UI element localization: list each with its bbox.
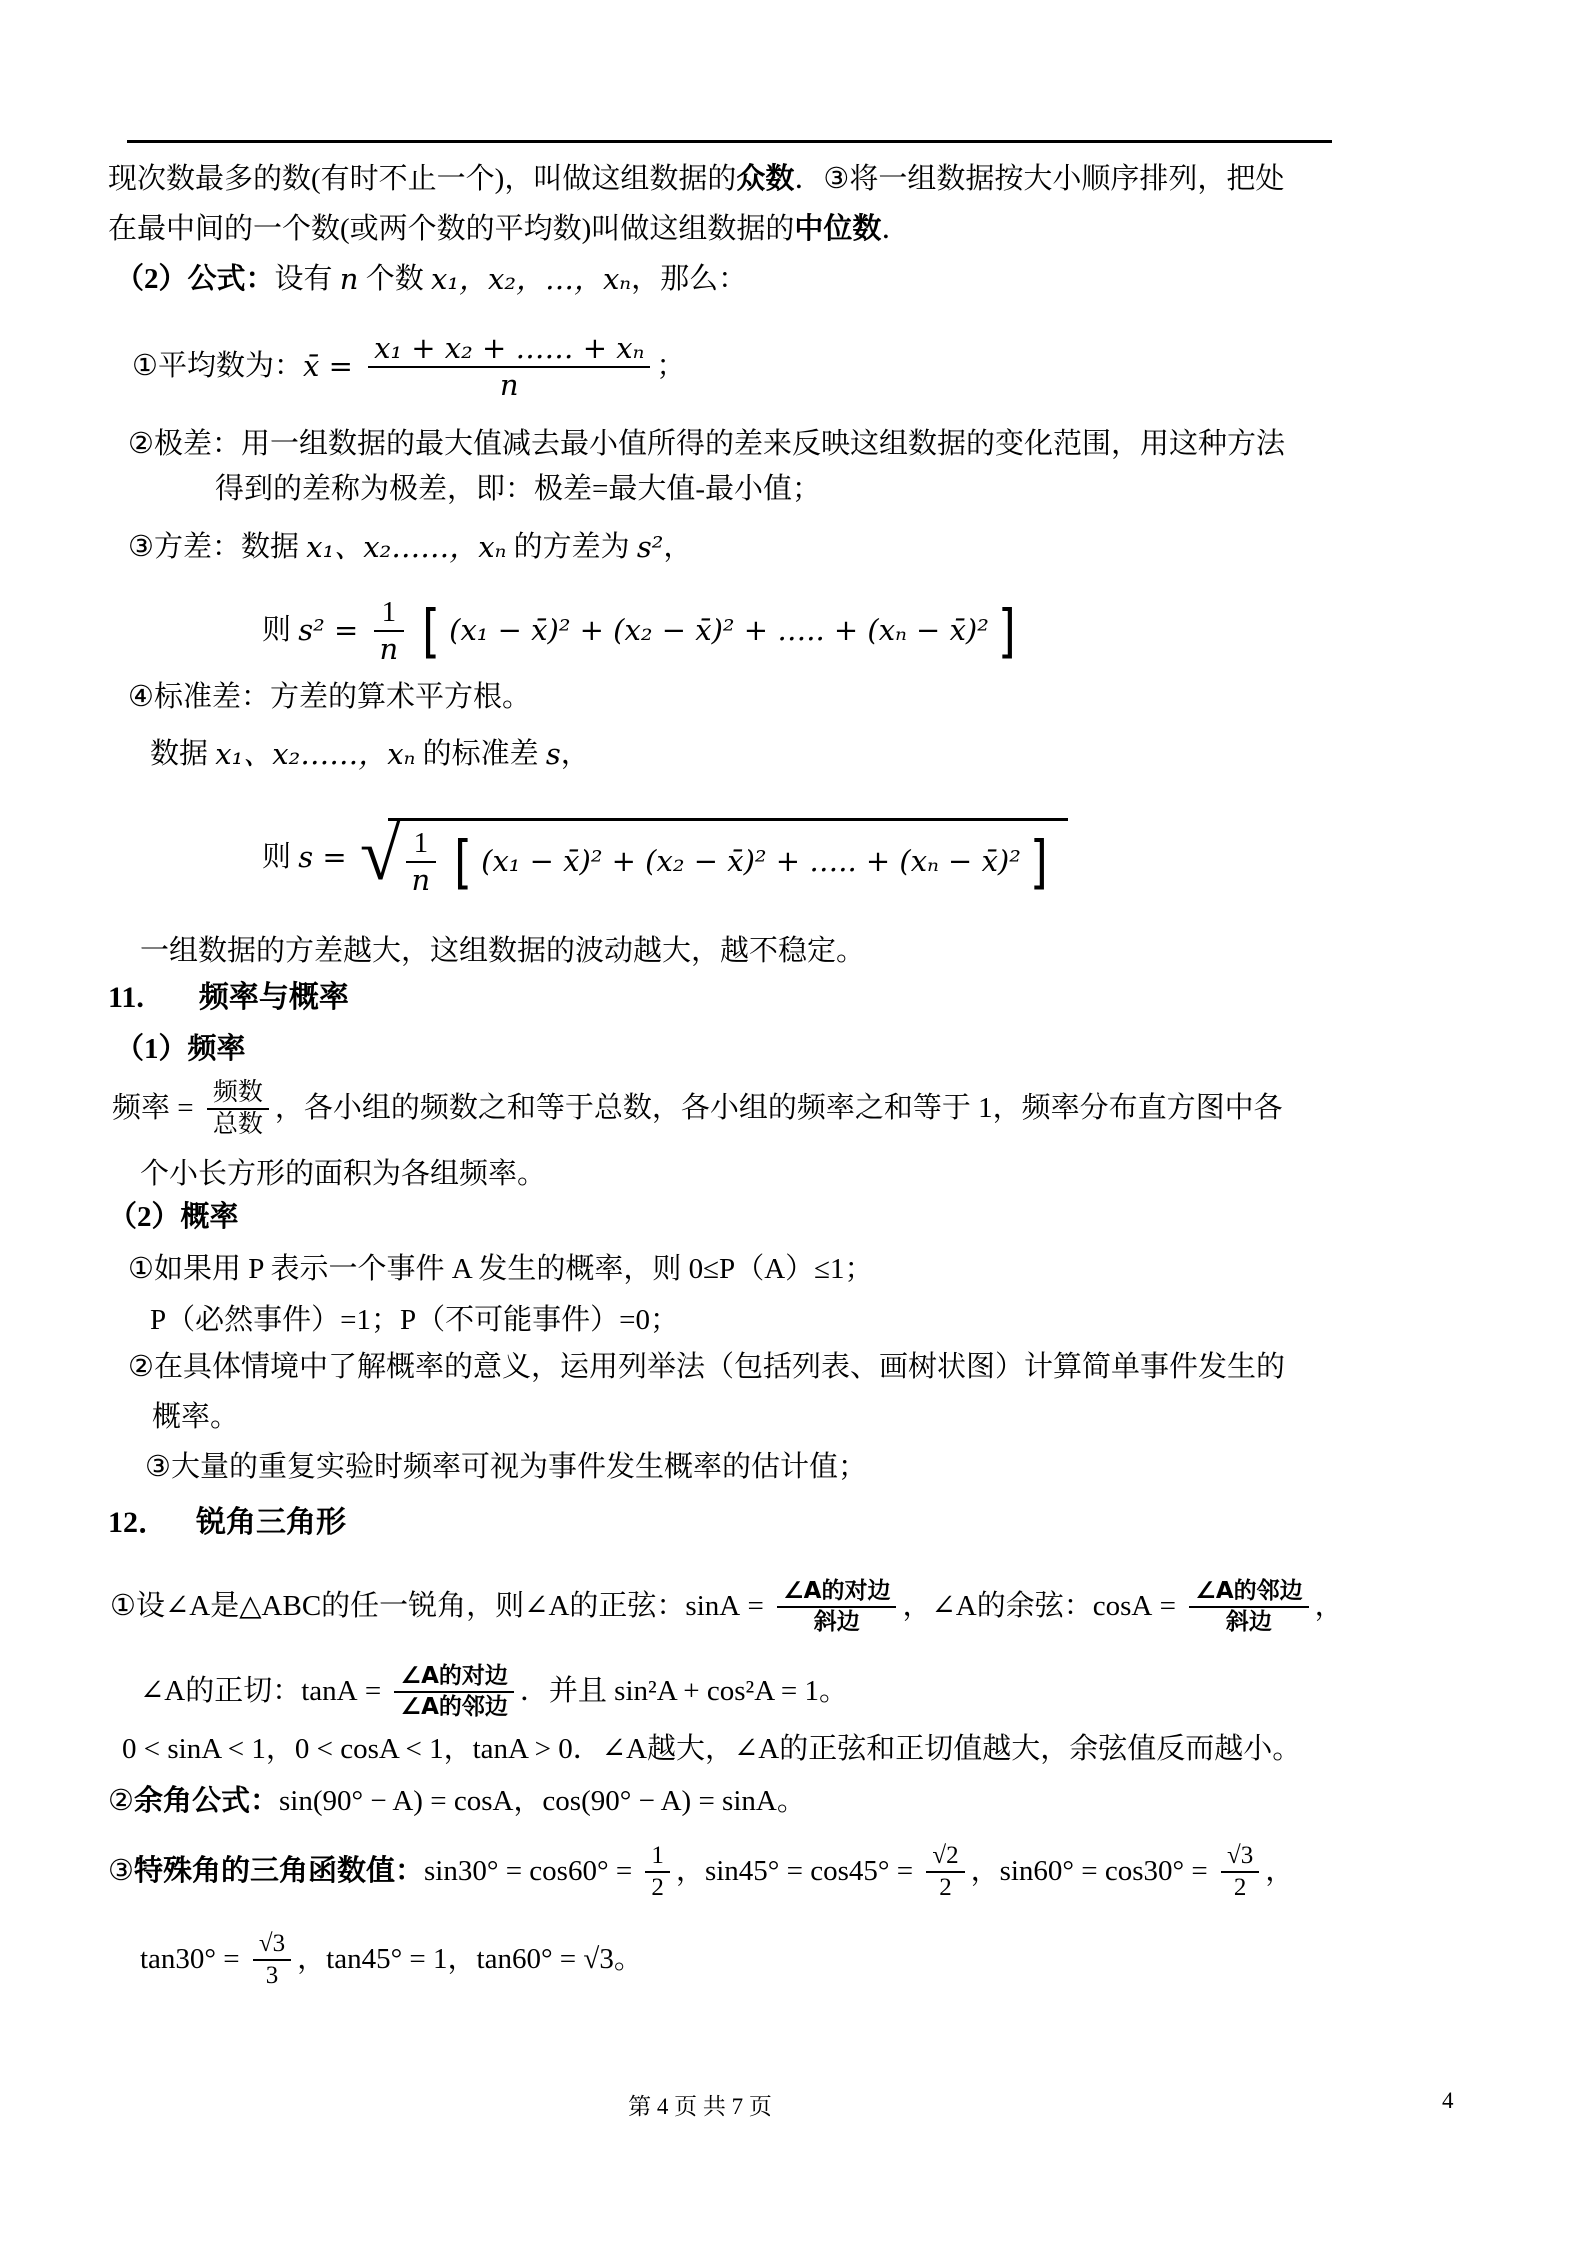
cofunction-line: ②余角公式：sin(90° − A) = cosA，cos(90° − A) =… xyxy=(108,1782,806,1821)
body-text: ，各小组的频数之和等于总数，各小组的频率之和等于 1，频率分布直方图中各 xyxy=(275,1089,1283,1128)
body-text: ， xyxy=(663,528,692,567)
header-rule xyxy=(127,140,1332,143)
body-text: tan30° = xyxy=(140,1940,247,1979)
body-text: 现次数最多的数(有时不止一个)，叫做这组数据的 xyxy=(108,160,736,199)
body-text: tan45° = 1， xyxy=(326,1940,476,1979)
probability-line-1: ①如果用 P 表示一个事件 A 发生的概率，则 0≤P（A）≤1； xyxy=(128,1250,874,1289)
document-page: 现次数最多的数(有时不止一个)，叫做这组数据的众数．③将一组数据按大小顺序排列，… xyxy=(0,0,1587,2245)
body-text: 则 xyxy=(262,611,298,650)
body-text: 设有 xyxy=(275,260,340,299)
body-text: 0 < sinA < 1，0 < cosA < 1，tanA > 0．∠A越大，… xyxy=(122,1730,1301,1769)
stddev-terms: (x₁ − x̄)² + (x₂ − x̄)² + ….. + (xₙ − x̄… xyxy=(481,842,1021,881)
stddev-data-line: 数据 x₁、x₂……，xₙ 的标准差 s， xyxy=(150,735,590,774)
variance-terms: (x₁ − x̄)² + (x₂ − x̄)² + ….. + (xₙ − x̄… xyxy=(449,611,989,650)
frequency-subheading: （1）频率 xyxy=(115,1030,246,1069)
mode-definition-line: 现次数最多的数(有时不止一个)，叫做这组数据的众数．③将一组数据按大小顺序排列，… xyxy=(108,160,1284,199)
section-number: 12． xyxy=(108,1503,168,1544)
var-x-sequence: x₁、x₂……，xₙ xyxy=(306,528,506,567)
subheading-formula: （2）公式： xyxy=(115,260,275,299)
fraction-numerator: √3 xyxy=(1221,1841,1259,1871)
square-root: √ 1 n [ (x₁ − x̄)² + (x₂ − x̄)² + ….. + … xyxy=(360,818,1068,898)
fraction-denominator: 斜边 xyxy=(1189,1606,1308,1637)
body-text: 频率 = xyxy=(112,1089,201,1128)
mean-denominator: n xyxy=(368,366,650,403)
body-text: sin(90° − A) = cosA，cos(90° − A) = sinA。 xyxy=(279,1782,806,1821)
variance-conclusion-line: 一组数据的方差越大，这组数据的波动越大，越不稳定。 xyxy=(140,932,865,971)
section-number: 11. xyxy=(108,978,144,1019)
fraction-numerator: ∠A的对边 xyxy=(777,1577,896,1606)
mean-label: ①平均数为： xyxy=(132,347,303,386)
root-3-value: √3 xyxy=(583,1940,613,1979)
cosine-fraction: ∠A的邻边 斜边 xyxy=(1189,1577,1308,1637)
probability-line-2b: 概率。 xyxy=(152,1398,239,1437)
fraction-numerator: √2 xyxy=(926,1841,964,1871)
body-text: sin30° = cos60° = xyxy=(424,1852,639,1891)
body-text: ②极差：用一组数据的最大值减去最小值所得的差来反映这组数据的变化范围，用这种方法 xyxy=(128,425,1285,464)
root3-over-2-fraction: √3 2 xyxy=(1221,1841,1259,1903)
body-text: 概率。 xyxy=(152,1398,239,1437)
tangent-lhs: tanA = xyxy=(301,1672,388,1711)
fraction-denominator: 总数 xyxy=(207,1108,269,1140)
half-fraction: 1 2 xyxy=(645,1841,670,1903)
footer-page-indicator: 第 4 页 共 7 页 xyxy=(0,2088,1400,2121)
body-text: 的标准差 xyxy=(415,735,546,774)
page-number: 4 xyxy=(1442,2088,1454,2114)
body-text: ④标准差：方差的算术平方根。 xyxy=(128,678,531,717)
cosine-lhs: cosA = xyxy=(1093,1587,1183,1626)
var-x-sequence: x₁，x₂，…，xₙ xyxy=(431,260,631,299)
range-line-2: 得到的差称为极差，即：极差=最大值-最小值； xyxy=(215,470,821,509)
mean-formula-line: ①平均数为： x̄ = x₁ + x₂ + …… + xₙ n ； xyxy=(132,322,685,412)
body-text: 数据 xyxy=(150,735,215,774)
formula-intro-line: （2）公式：设有 n 个数 x₁，x₂，…，xₙ，那么： xyxy=(115,260,747,299)
body-text: ； xyxy=(656,347,685,386)
fraction-denominator: 3 xyxy=(253,1959,291,1991)
section-11-heading: 11. 频率与概率 xyxy=(108,978,349,1019)
stddev-formula-line: 则 s = √ 1 n [ (x₁ − x̄)² + (x₂ − x̄)² + … xyxy=(262,805,1068,910)
term-median: 中位数 xyxy=(794,210,881,249)
term-mode: 众数 xyxy=(736,160,794,199)
probability-line-2a: ②在具体情境中了解概率的意义，运用列举法（包括列表、画树状图）计算简单事件发生的 xyxy=(128,1348,1285,1387)
probability-subheading: （2）概率 xyxy=(108,1198,239,1237)
body-text: ③方差：数据 xyxy=(128,528,306,567)
body-text: ，∠A的余弦： xyxy=(902,1587,1092,1626)
fraction-numerator: ∠A的对边 xyxy=(394,1662,513,1691)
trig-monotonicity-line: 0 < sinA < 1，0 < cosA < 1，tanA > 0．∠A越大，… xyxy=(122,1730,1301,1769)
mean-fraction: x₁ + x₂ + …… + xₙ n xyxy=(368,331,650,403)
var-n: n xyxy=(340,260,359,299)
section-12-heading: 12． 锐角三角形 xyxy=(108,1503,346,1544)
variance-lhs: s² = xyxy=(298,611,367,650)
body-text: ∠A的正切： xyxy=(140,1672,301,1711)
mean-lhs: x̄ = xyxy=(303,347,362,386)
probability-line-1b: P（必然事件）=1；P（不可能事件）=0； xyxy=(150,1301,679,1340)
sine-fraction: ∠A的对边 斜边 xyxy=(777,1577,896,1637)
fraction-numerator: 1 xyxy=(374,595,405,630)
frequency-fraction: 频数 总数 xyxy=(207,1078,269,1140)
fraction-denominator: 2 xyxy=(926,1871,964,1903)
median-definition-line: 在最中间的一个数(或两个数的平均数)叫做这组数据的中位数． xyxy=(108,210,910,249)
range-line-1: ②极差：用一组数据的最大值减去最小值所得的差来反映这组数据的变化范围，用这种方法 xyxy=(128,425,1285,464)
body-text: 个数 xyxy=(358,260,431,299)
stddev-lhs: s = xyxy=(298,838,356,877)
body-text: ， xyxy=(561,735,590,774)
term-cofunction: 余角公式： xyxy=(134,1782,279,1821)
body-text: sin60° = cos30° = xyxy=(1000,1852,1215,1891)
fraction-denominator: 2 xyxy=(1221,1871,1259,1903)
var-s-squared: s² xyxy=(637,528,664,567)
body-text: 在最中间的一个数(或两个数的平均数)叫做这组数据的 xyxy=(108,210,794,249)
radicand: 1 n [ (x₁ − x̄)² + (x₂ − x̄)² + ….. + (x… xyxy=(388,818,1068,898)
body-text: ①设∠A是△ABC的任一锐角，则∠A的正弦： xyxy=(110,1587,685,1626)
fraction-numerator: √3 xyxy=(253,1929,291,1959)
page-number-text: 4 xyxy=(1442,2088,1454,2113)
body-text: ．③将一组数据按大小顺序排列，把处 xyxy=(794,160,1284,199)
body-text: 。 xyxy=(614,1940,643,1979)
body-text: ②在具体情境中了解概率的意义，运用列举法（包括列表、画树状图）计算简单事件发生的 xyxy=(128,1348,1285,1387)
fraction-numerator: 1 xyxy=(645,1841,670,1871)
term-special-angles: 特殊角的三角函数值： xyxy=(134,1852,424,1891)
tangent-line: ∠A的正切： tanA = ∠A的对边 ∠A的邻边 ．并且 sin²A + co… xyxy=(140,1648,848,1736)
one-over-n-fraction: 1 n xyxy=(374,595,405,667)
body-text: 一组数据的方差越大，这组数据的波动越大，越不稳定。 xyxy=(140,932,865,971)
frequency-line-2: 个小长方形的面积为各组频率。 xyxy=(140,1155,546,1194)
variance-label-line: ③方差：数据 x₁、x₂……，xₙ 的方差为 s²， xyxy=(128,528,692,567)
footer-text: 第 4 页 共 7 页 xyxy=(628,2094,772,2119)
frequency-formula-line: 频率 = 频数 总数 ，各小组的频数之和等于总数，各小组的频率之和等于 1，频率… xyxy=(112,1078,1283,1140)
one-over-n-fraction: 1 n xyxy=(406,826,437,898)
var-x-sequence: x₁、x₂……，xₙ xyxy=(215,735,415,774)
fraction-denominator: 2 xyxy=(645,1871,670,1903)
body-text: ．并且 sin²A + cos²A = 1。 xyxy=(520,1672,848,1711)
section-title: 频率与概率 xyxy=(199,978,349,1019)
body-text: ， xyxy=(676,1852,705,1891)
mean-numerator: x₁ + x₂ + …… + xₙ xyxy=(368,331,650,366)
body-text: P（必然事件）=1；P（不可能事件）=0； xyxy=(150,1301,679,1340)
fraction-denominator: ∠A的邻边 xyxy=(394,1691,513,1722)
section-title: 锐角三角形 xyxy=(196,1503,346,1544)
stddev-label-line: ④标准差：方差的算术平方根。 xyxy=(128,678,531,717)
root3-over-3-fraction: √3 3 xyxy=(253,1929,291,1991)
body-text: ， xyxy=(1265,1852,1294,1891)
special-angles-line: ③ 特殊角的三角函数值： sin30° = cos60° = 1 2 ， sin… xyxy=(108,1828,1294,1916)
root2-over-2-fraction: √2 2 xyxy=(926,1841,964,1903)
fraction-denominator: n xyxy=(374,630,405,667)
probability-line-3: ③大量的重复实验时频率可视为事件发生概率的估计值； xyxy=(145,1448,867,1487)
subheading-text: （1）频率 xyxy=(115,1030,246,1069)
body-text: ， xyxy=(297,1940,326,1979)
body-text: ， xyxy=(971,1852,1000,1891)
body-text: sin45° = cos45° = xyxy=(705,1852,920,1891)
circled-number: ② xyxy=(108,1782,134,1821)
circled-number: ③ xyxy=(108,1852,134,1891)
fraction-denominator: n xyxy=(406,861,437,898)
sine-cosine-line: ①设∠A是△ABC的任一锐角，则∠A的正弦： sinA = ∠A的对边 斜边 ，… xyxy=(110,1562,1344,1652)
fraction-numerator: ∠A的邻边 xyxy=(1189,1577,1308,1606)
body-text: ， xyxy=(1315,1587,1344,1626)
sine-lhs: sinA = xyxy=(685,1587,771,1626)
tangent-values-line: tan30° = √3 3 ， tan45° = 1， tan60° = √3 … xyxy=(140,1922,643,1997)
fraction-numerator: 1 xyxy=(406,826,437,861)
body-text: ． xyxy=(881,210,910,249)
body-text: tan60° = xyxy=(477,1940,584,1979)
var-s: s xyxy=(546,735,561,774)
body-text: 个小长方形的面积为各组频率。 xyxy=(140,1155,546,1194)
body-text: ③大量的重复实验时频率可视为事件发生概率的估计值； xyxy=(145,1448,867,1487)
body-text: 则 xyxy=(262,838,298,877)
fraction-denominator: 斜边 xyxy=(777,1606,896,1637)
body-text: ①如果用 P 表示一个事件 A 发生的概率，则 0≤P（A）≤1； xyxy=(128,1250,874,1289)
variance-formula-line: 则 s² = 1 n [ (x₁ − x̄)² + (x₂ − x̄)² + …… xyxy=(262,586,1028,676)
subheading-text: （2）概率 xyxy=(108,1198,239,1237)
body-text: 得到的差称为极差，即：极差=最大值-最小值； xyxy=(215,470,821,509)
tangent-fraction: ∠A的对边 ∠A的邻边 xyxy=(394,1662,513,1722)
body-text: 的方差为 xyxy=(506,528,637,567)
fraction-numerator: 频数 xyxy=(207,1078,269,1108)
body-text: ，那么： xyxy=(631,260,747,299)
